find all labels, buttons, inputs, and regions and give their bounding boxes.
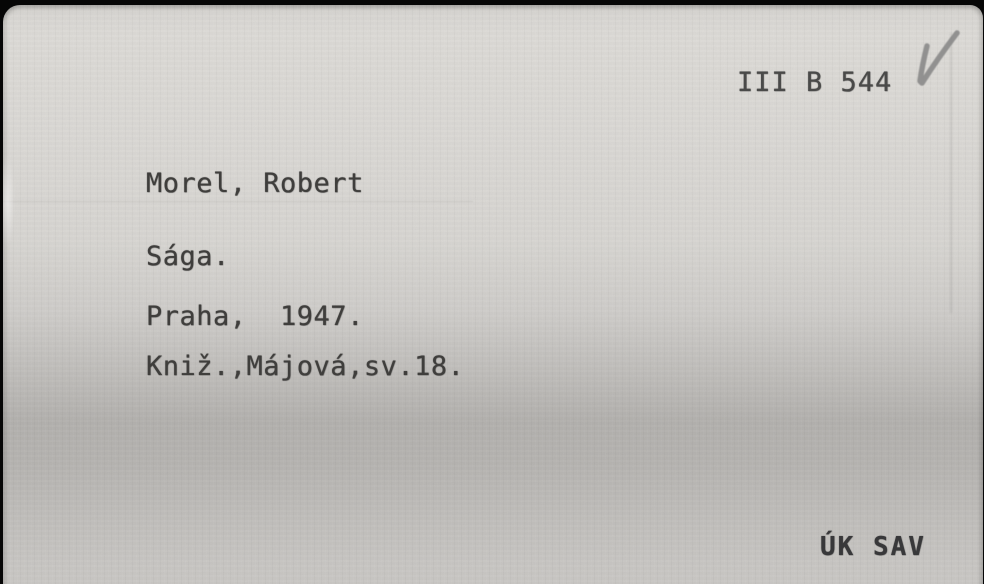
scanned-catalog-card: III B 544 Morel, Robert Sága. Praha, 194… xyxy=(0,0,984,584)
call-number: III B 544 xyxy=(737,69,892,96)
pencil-checkmark-icon xyxy=(908,27,968,91)
catalog-card: III B 544 Morel, Robert Sága. Praha, 194… xyxy=(3,5,983,584)
imprint-line: Praha, 1947. xyxy=(146,303,364,330)
title-line: Sága. xyxy=(146,243,230,270)
edge-scuff-mark xyxy=(3,153,15,249)
horizontal-crease xyxy=(3,201,473,202)
series-line: Kniž.,Májová,sv.18. xyxy=(146,353,464,380)
library-stamp: ÚK SAV xyxy=(820,534,926,560)
author-line: Morel, Robert xyxy=(146,170,364,197)
